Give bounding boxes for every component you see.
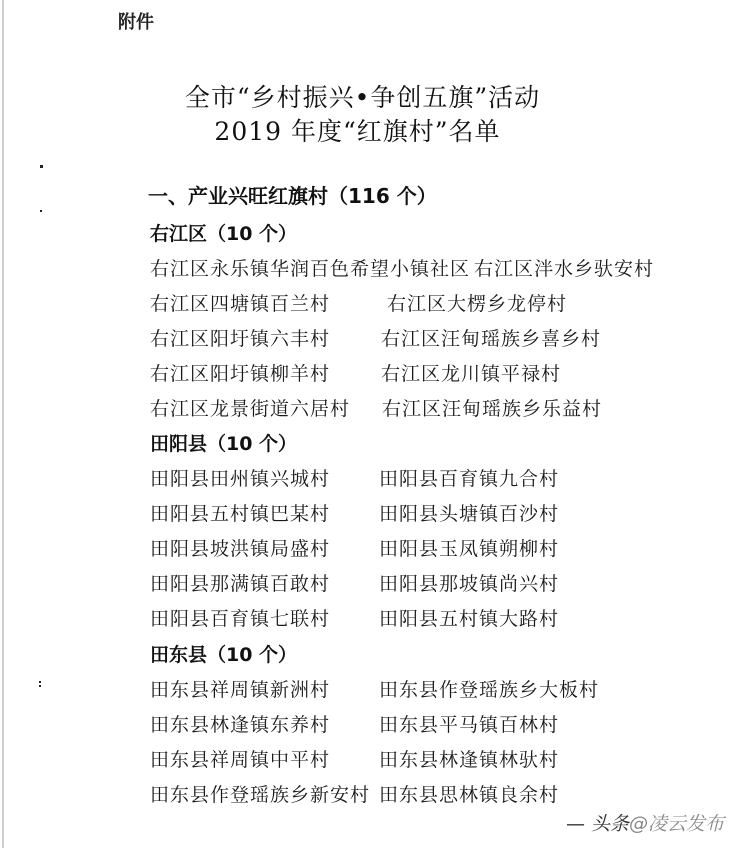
village-entry: 右江区阳圩镇柳羊村 [150, 359, 330, 386]
village-entry: 田东县平马镇百林村 [379, 710, 559, 737]
village-entry: 右江区龙川镇平禄村 [381, 359, 561, 386]
attachment-label: 附件 [118, 8, 154, 34]
village-entry: 右江区汪甸瑶族乡乐益村 [382, 394, 602, 421]
village-entry: 田阳县那坡镇尚兴村 [379, 569, 559, 596]
document-title-line1: 全市“乡村振兴•争创五旗”活动 [0, 78, 732, 114]
village-entry: 田阳县田州镇兴城村 [150, 464, 330, 491]
village-entry: 田东县林逢镇林驮村 [379, 745, 559, 772]
village-entry: 右江区四塘镇百兰村 [150, 289, 330, 316]
watermark-dash: — [566, 813, 585, 835]
village-entry: 田阳县百育镇九合村 [379, 464, 559, 491]
village-entry: 右江区汪甸瑶族乡喜乡村 [381, 324, 601, 351]
scan-speck [40, 210, 42, 212]
village-entry: 右江区龙景街道六居村 [150, 394, 350, 421]
watermark-handle: @凌云发布 [629, 813, 724, 835]
scan-speck [40, 165, 43, 168]
village-entry: 田东县祥周镇新洲村 [150, 675, 330, 702]
scan-speck [39, 685, 41, 687]
village-entry: 田东县林逢镇东养村 [150, 710, 330, 737]
village-entry: 右江区永乐镇华润百色希望小镇社区 [150, 254, 470, 281]
village-entry: 田阳县百育镇七联村 [150, 604, 330, 631]
village-entry: 田阳县坡洪镇局盛村 [150, 534, 330, 561]
village-entry: 右江区阳圩镇六丰村 [150, 324, 330, 351]
village-entry: 田阳县玉凤镇朔柳村 [379, 534, 559, 561]
village-entry: 田东县思林镇良余村 [379, 780, 559, 807]
watermark: —头条@凌云发布 [566, 809, 724, 836]
village-entry: 田阳县那满镇百敢村 [150, 569, 330, 596]
watermark-source: 头条 [591, 813, 629, 835]
section-heading: 一、产业兴旺红旗村（116 个） [148, 180, 437, 209]
district-heading-youjiang: 右江区（10 个） [150, 219, 297, 246]
district-heading-tiandong: 田东县（10 个） [150, 640, 297, 667]
district-heading-tianyang: 田阳县（10 个） [150, 429, 297, 456]
village-entry: 田东县作登瑶族乡新安村 [150, 780, 370, 807]
scan-speck [39, 681, 41, 683]
village-entry: 田东县祥周镇中平村 [150, 745, 330, 772]
village-entry: 右江区大楞乡龙停村 [387, 289, 567, 316]
village-entry: 田阳县五村镇大路村 [379, 604, 559, 631]
document-title-line2: 2019 年度“红旗村”名单 [0, 112, 727, 148]
village-entry: 田阳县五村镇巴某村 [150, 499, 330, 526]
village-entry: 田东县作登瑶族乡大板村 [379, 675, 599, 702]
village-entry: 田阳县头塘镇百沙村 [379, 499, 559, 526]
village-entry: 右江区泮水乡驮安村 [474, 254, 654, 281]
